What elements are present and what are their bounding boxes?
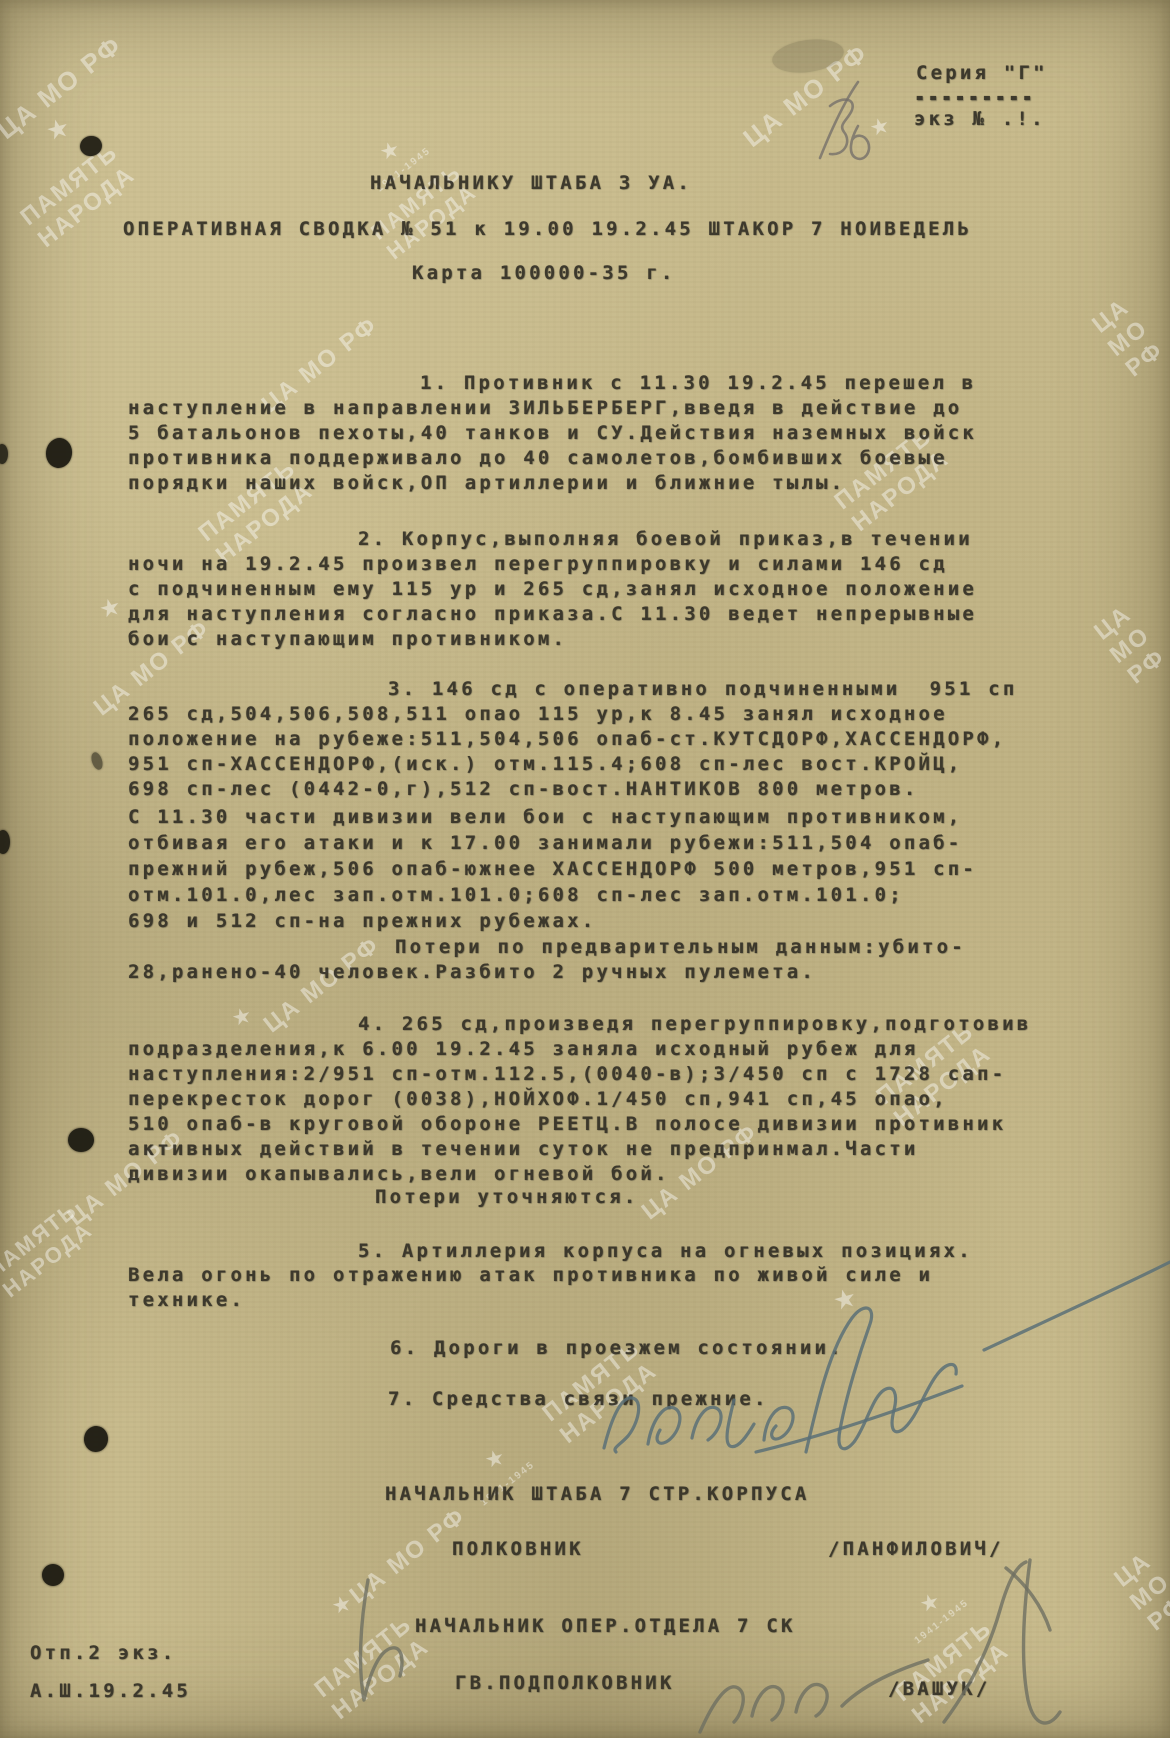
hole-punch-mark [89,751,104,771]
scanned-document-page: ЦА МО РФПАМЯТЬ НАРОДАЦА МО РФПАМЯТЬ НАРО… [0,0,1170,1738]
hole-punch-mark [68,1128,94,1152]
hole-punch-mark [83,1425,110,1453]
hole-punch-mark [0,444,8,464]
hole-punch-mark [42,1564,64,1586]
hole-punch-mark [770,35,846,77]
hole-punch-mark [44,436,74,469]
hole-punch-mark [78,134,103,158]
hole-punch-mark [0,830,10,854]
artifact-layer [0,0,1170,1738]
